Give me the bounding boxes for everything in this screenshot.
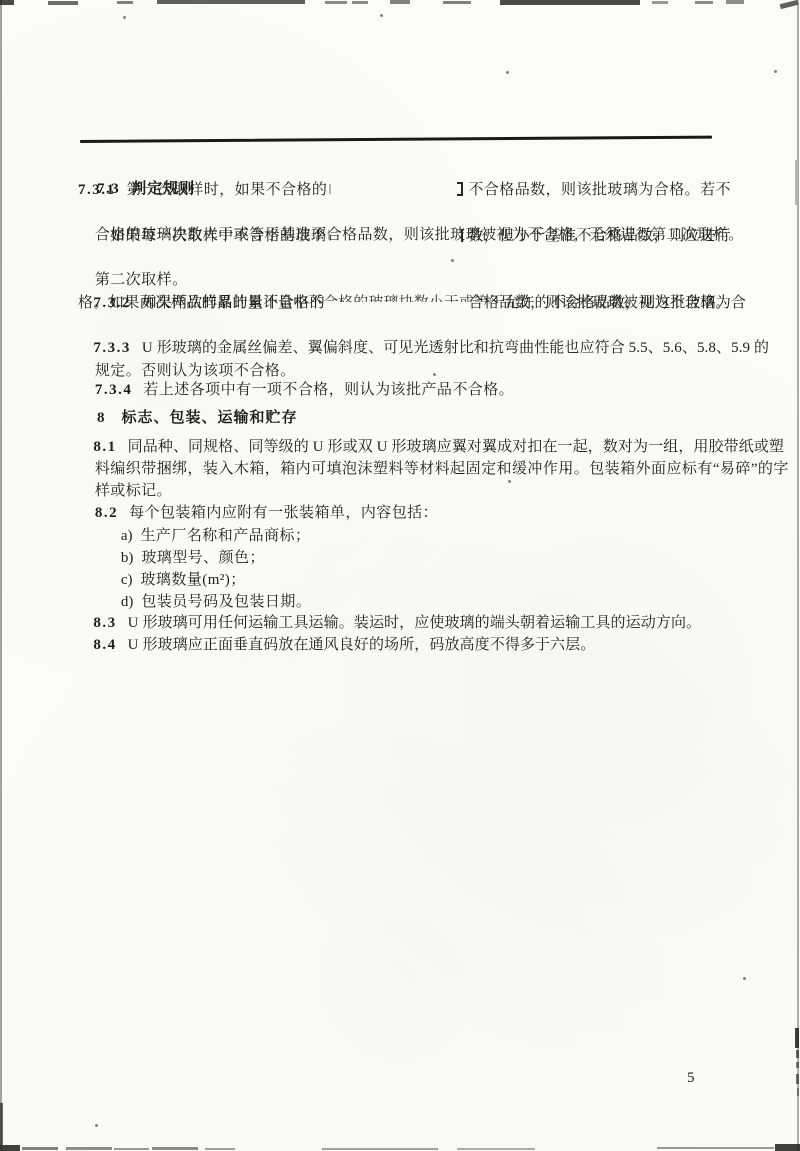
horizontal-rule — [80, 136, 712, 143]
list-item-b: b)玻璃型号、颜色； — [104, 525, 757, 547]
clause-7-3-2-line-1: 7.3.2如果两次样品的累计量中不合格的玻璃块数小于或等于允许的不合格品数，则这… — [78, 270, 731, 292]
clause-7-3-2-line-2: 格。如果两次样品的累计量不合格的 合格品数，则该批玻璃被视为不合格。 — [78, 292, 731, 314]
scan-artifact — [780, 0, 799, 9]
scan-artifact — [0, 0, 14, 5]
scan-artifact — [22, 1147, 58, 1150]
clause-7-3-3-line-1: 7.3.3U 形玻璃的金属丝偏差、翼偏斜度、可见光透射比和抗弯曲性能也应符合 5… — [78, 315, 731, 337]
clause-8-1-line-1: 8.1同品种、同规格、同等级的 U 形或双 U 形玻璃应翼对翼成对扣在一起，数对… — [78, 414, 731, 436]
clause-7-3-1-line-3: 如果每一次取样中不合格的玻璃 数，但小于基准不合格品数，则应进行 — [78, 225, 731, 247]
scan-artifact — [500, 0, 640, 5]
scan-artifact — [48, 1, 78, 5]
list-item-c: c)玻璃数量(m²)； — [104, 547, 757, 569]
faded-character-remnant — [329, 184, 331, 194]
line-left: 格。如果两次样品的累计量不合格的 — [78, 292, 325, 314]
scan-edge-right — [795, 1028, 799, 1048]
scan-artifact — [322, 1148, 438, 1150]
scan-edge-right — [796, 1074, 799, 1084]
scan-edge-right — [797, 1088, 799, 1096]
line-left: 如果每一次取样中不合格的玻璃 — [110, 225, 335, 247]
scan-artifact — [390, 0, 410, 4]
scan-artifact — [117, 1, 133, 4]
line-right: 不合格品数，则该批玻璃为合格。若不 — [455, 179, 731, 201]
list-item-d: d)包装员号码及包装日期。 — [104, 569, 757, 591]
scan-artifact — [352, 1, 368, 4]
scan-edge-right — [796, 1062, 799, 1068]
scan-artifact — [0, 1145, 20, 1151]
scan-edge-right — [796, 1050, 799, 1058]
scan-edge-left — [0, 0, 2, 1151]
scan-artifact — [695, 1, 713, 4]
scan-speck — [123, 16, 126, 19]
clause-8-2: 8.2每个包装箱内应附有一张装箱单，内容包括： — [78, 480, 731, 502]
faded-character-remnant — [457, 182, 463, 196]
scan-artifact — [66, 1147, 112, 1150]
clause-7-3-1-line-4: 第二次取样。 — [78, 247, 731, 269]
clause-8-1-line-3: 样或标记。 — [78, 458, 731, 480]
heading-8: 8标志、包装、运输和贮存 — [78, 385, 731, 407]
heading-7-3: 7.3判定规则 — [78, 156, 731, 178]
scan-speck — [95, 1124, 98, 1127]
scan-artifact — [652, 1, 668, 4]
faded-character-remnant — [328, 230, 330, 240]
scan-edge-right — [797, 0, 799, 1151]
scan-artifact — [157, 0, 305, 4]
scan-artifact — [726, 0, 744, 4]
scan-artifact — [152, 1147, 198, 1150]
line-right: 数，但小于基准不合格品数，则应进行 — [459, 225, 731, 247]
scan-speck — [774, 70, 777, 73]
document-page: 7.3判定规则 7.3.1第一次取样时，如果不合格的 不合格品数，则该批玻璃为合… — [0, 0, 800, 1151]
line-left: 7.3.1第一次取样时，如果不合格的 — [78, 179, 336, 201]
clause-7-3-4: 7.3.4若上述各项中有一项不合格，则认为该批产品不合格。 — [78, 357, 731, 379]
clause-8-1-line-2: 料编织带捆绑，装入木箱，箱内可填泡沫塑料等材料起固定和缓冲作用。包装箱外面应标有… — [78, 436, 731, 458]
clause-7-3-1-line-1: 7.3.1第一次取样时，如果不合格的 不合格品数，则该批玻璃为合格。若不 — [78, 179, 731, 201]
scan-edge-right — [795, 160, 797, 205]
scan-artifact — [114, 1148, 149, 1150]
scan-speck — [743, 977, 746, 980]
scan-artifact — [775, 1144, 800, 1151]
list-item-a: a)生产厂名称和产品商标； — [104, 503, 757, 525]
scan-artifact — [443, 1, 471, 4]
scan-speck — [380, 14, 383, 17]
faded-character-remnant — [461, 229, 463, 242]
scan-edge-left — [0, 1103, 3, 1145]
scan-artifact — [457, 1148, 535, 1150]
line-right: 合格品数，则该批玻璃被视为不合格。 — [468, 292, 731, 314]
scan-artifact — [657, 1147, 774, 1149]
page-number: 5 — [687, 1068, 695, 1088]
scan-speck — [506, 71, 509, 74]
scan-artifact — [325, 1, 347, 4]
clause-8-3: 8.3U 形玻璃可用任何运输工具运输。装运时，应使玻璃的端头朝着运输工具的运动方… — [78, 590, 731, 612]
scan-artifact — [205, 1148, 235, 1150]
clause-8-4: 8.4U 形玻璃应正面垂直码放在通风良好的场所，码放高度不得多于六层。 — [78, 612, 731, 634]
clause-7-3-1-line-2: 合格的玻璃块数大于或等于基准不合格品数，则该批玻璃被视为不合格，无须进行第二次取… — [78, 202, 731, 224]
